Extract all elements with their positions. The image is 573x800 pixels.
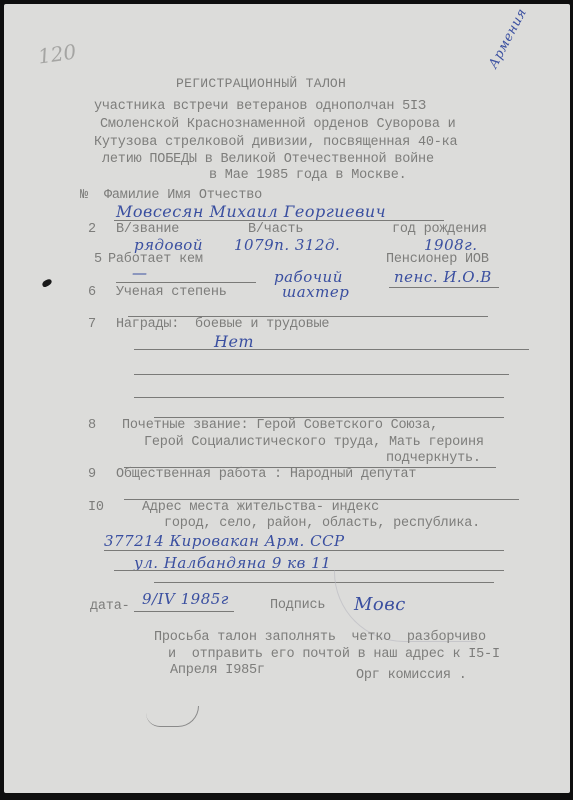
field-honorary-line3: подчеркнуть. (386, 451, 481, 466)
field-label-rank: В/звание (116, 222, 179, 237)
field-value-unit[interactable]: 1079п. 312д. (234, 236, 340, 254)
subtitle-line-5: в Мае 1985 года в Москве. (209, 168, 407, 183)
field-number-awards: 7 (88, 317, 96, 332)
signature-label: Подпись (270, 598, 325, 613)
field-address-line2: город, село, район, область, республика. (164, 516, 480, 531)
registration-form-page: 120 Армения РЕГИСТРАЦИОННЫЙ ТАЛОН участн… (4, 4, 570, 793)
field-value-works-as[interactable]: — (132, 264, 148, 282)
field-number-name: № (80, 188, 88, 203)
field-label-awards: Награды: боевые и трудовые (116, 317, 329, 332)
field-number-degree: 6 (88, 285, 96, 300)
underline-full-name (114, 220, 444, 221)
date-label: дата- (90, 599, 130, 614)
field-address-line1: Адрес места жительства- индекс (142, 500, 379, 515)
field-label-unit: В/часть (248, 222, 303, 237)
subtitle-line-3: Кутузова стрелковой дивизии, посвященная… (94, 135, 457, 150)
footer-line-1: Просьба талон заполнять четко разборчиво (154, 630, 486, 645)
field-value-full-name[interactable]: Мовсесян Михаил Георгиевич (116, 202, 386, 221)
field-number-address: I0 (88, 500, 104, 515)
ink-blot (41, 278, 53, 288)
field-number-honorary: 8 (88, 418, 96, 433)
underline-awards-1 (134, 349, 529, 350)
field-number-public-work: 9 (88, 467, 96, 482)
field-value-pensioner[interactable]: пенс. И.О.В (394, 268, 492, 286)
form-title: РЕГИСТРАЦИОННЫЙ ТАЛОН (176, 76, 346, 91)
field-honorary-line1: Почетные звание: Герой Советского Союза, (122, 418, 438, 433)
field-number-rank: 2 (88, 222, 96, 237)
field-label-full-name: Фамилие Имя Отчество (104, 188, 262, 203)
archive-number-pencil: 120 (37, 39, 78, 68)
underline-date (134, 611, 234, 612)
corner-annotation: Армения (486, 6, 530, 71)
footer-line-3: Апреля I985г (170, 663, 265, 678)
underline-address-1 (104, 550, 504, 551)
underline-awards-2 (134, 374, 509, 375)
pencil-stroke-bottom (146, 706, 199, 727)
field-label-degree: Ученая степень (116, 285, 227, 300)
field-honorary-line2: Герой Социалистического труда, Мать геро… (144, 435, 484, 450)
field-label-birth-year: год рождения (392, 222, 487, 237)
field-label-works-as: Работает кем (108, 252, 203, 267)
field-label-pensioner: Пенсионер ИОВ (386, 252, 489, 267)
underline-pensioner (389, 287, 499, 288)
field-value-degree-line2[interactable]: шахтер (282, 283, 349, 301)
field-label-public-work: Общественная работа : Народный депутат (116, 467, 416, 482)
footer-committee: Орг комиссия . (356, 668, 467, 683)
subtitle-line-1: участника встречи ветеранов однополчан 5… (94, 99, 426, 114)
footer-line-2: и отправить его почтой в наш адрес к I5-… (168, 647, 500, 662)
date-value[interactable]: 9/IV 1985г (142, 590, 229, 608)
field-number-work: 5 (94, 252, 102, 267)
subtitle-line-4: летию ПОБЕДЫ в Великой Отечественной вой… (102, 152, 434, 167)
subtitle-line-2: Смоленской Краснознаменной орденов Сувор… (100, 117, 456, 132)
underline-awards-3 (134, 397, 504, 398)
underline-works-as (116, 282, 256, 283)
field-value-address-line1[interactable]: 377214 Кировакан Арм. ССР (104, 532, 345, 550)
